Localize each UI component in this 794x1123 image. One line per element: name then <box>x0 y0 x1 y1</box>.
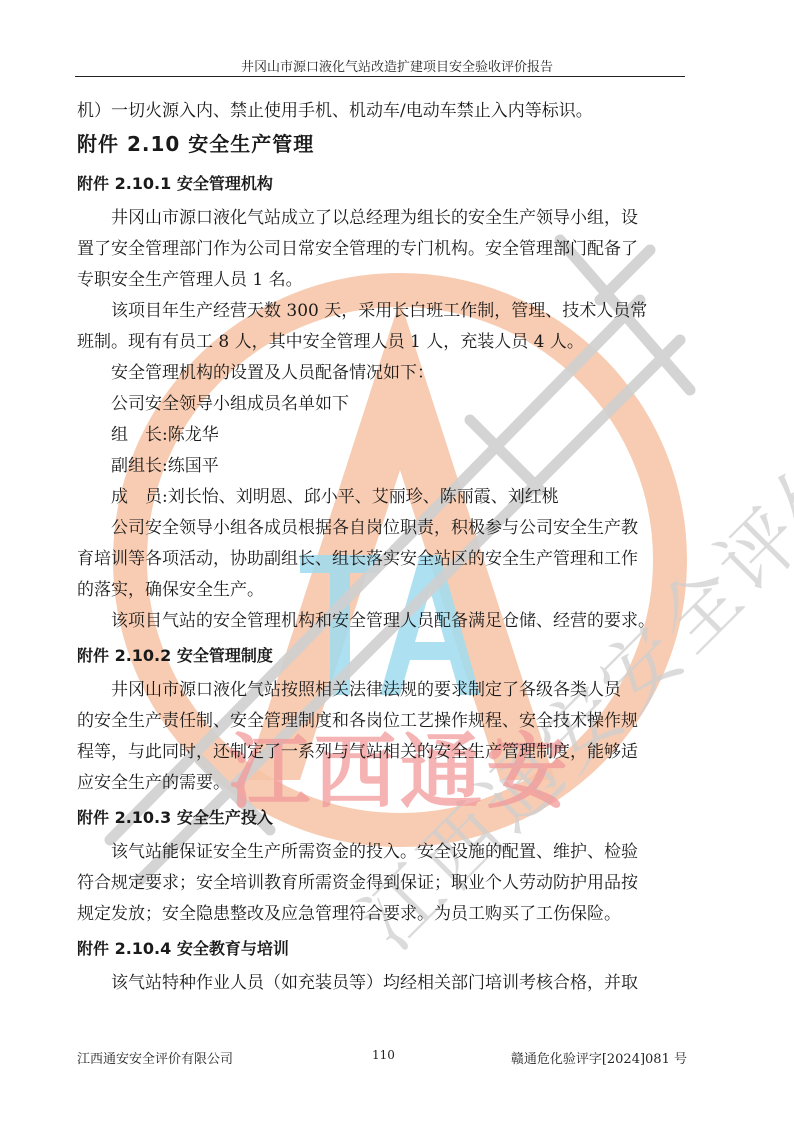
paragraph: 安全管理机构的设置及人员配备情况如下： <box>77 358 697 389</box>
subsection-title: 附件 2.10.4 安全教育与培训 <box>77 934 697 964</box>
section-title: 附件 2.10 安全生产管理 <box>77 129 697 159</box>
document-body: 机）一切火源入内、禁止使用手机、机动车/电动车禁止入内等标识。 附件 2.10 … <box>77 96 697 999</box>
paragraph: 井冈山市源口液化气站按照相关法律法规的要求制定了各级各类人员 <box>77 675 697 706</box>
paragraph: 的安全生产责任制、安全管理制度和各岗位工艺操作规程、安全技术操作规 <box>77 706 697 737</box>
paragraph: 置了安全管理部门作为公司日常安全管理的专门机构。安全管理部门配备了 <box>77 234 697 265</box>
roster-role: 成 员: <box>111 487 168 507</box>
roster-role: 组 长: <box>111 425 168 445</box>
document-number: 赣通危化验评字[2024]081 号 <box>511 1048 687 1067</box>
running-header: 井冈山市源口液化气站改造扩建项目安全验收评价报告 <box>0 56 794 75</box>
roster-leader: 组 长:陈龙华 <box>77 420 697 451</box>
roster-role: 副组长: <box>111 456 168 476</box>
paragraph: 育培训等各项活动，协助副组长、组长落实安全站区的安全生产管理和工作 <box>77 544 697 575</box>
paragraph: 应安全生产的需要。 <box>77 768 697 799</box>
subsection-title: 附件 2.10.2 安全管理制度 <box>77 641 697 671</box>
paragraph: 该气站能保证安全生产所需资金的投入。安全设施的配置、维护、检验 <box>77 837 697 868</box>
subsection-title: 附件 2.10.1 安全管理机构 <box>77 169 697 199</box>
paragraph: 该项目气站的安全管理机构和安全管理人员配备满足仓储、经营的要求。 <box>77 606 697 637</box>
paragraph: 规定发放；安全隐患整改及应急管理符合要求。为员工购买了工伤保险。 <box>77 899 697 930</box>
paragraph: 公司安全领导小组成员名单如下 <box>77 389 697 420</box>
continuation-line: 机）一切火源入内、禁止使用手机、机动车/电动车禁止入内等标识。 <box>77 96 697 127</box>
subsection-title: 附件 2.10.3 安全生产投入 <box>77 803 697 833</box>
roster-names: 陈龙华 <box>168 425 219 445</box>
roster-deputy: 副组长:练国平 <box>77 451 697 482</box>
paragraph: 井冈山市源口液化气站成立了以总经理为组长的安全生产领导小组，设 <box>77 203 697 234</box>
paragraph: 该项目年生产经营天数 300 天，采用长白班工作制，管理、技术人员常 <box>77 296 697 327</box>
paragraph: 班制。现有有员工 8 人，其中安全管理人员 1 人，充装人员 4 人。 <box>77 327 697 358</box>
paragraph: 的落实，确保安全生产。 <box>77 575 697 606</box>
page-number: 110 <box>372 1048 395 1062</box>
roster-names: 刘长怡、刘明恩、邱小平、艾丽珍、陈丽霞、刘红桃 <box>168 487 559 507</box>
paragraph: 程等，与此同时，还制定了一系列与气站相关的安全生产管理制度，能够适 <box>77 737 697 768</box>
footer-company: 江西通安安全评价有限公司 <box>77 1048 233 1067</box>
paragraph: 该气站特种作业人员（如充装员等）均经相关部门培训考核合格，并取 <box>77 968 697 999</box>
paragraph: 公司安全领导小组各成员根据各自岗位职责，积极参与公司安全生产教 <box>77 513 697 544</box>
paragraph: 专职安全生产管理人员 1 名。 <box>77 265 697 296</box>
header-rule <box>75 76 685 77</box>
document-page: 江西通安安全评价有限公司 江西通安 井冈山市源口液化气站改造扩建项目安全验收评价… <box>0 0 794 1123</box>
roster-members: 成 员:刘长怡、刘明恩、邱小平、艾丽珍、陈丽霞、刘红桃 <box>77 482 697 513</box>
paragraph: 符合规定要求；安全培训教育所需资金得到保证；职业个人劳动防护用品按 <box>77 868 697 899</box>
roster-names: 练国平 <box>168 456 219 476</box>
